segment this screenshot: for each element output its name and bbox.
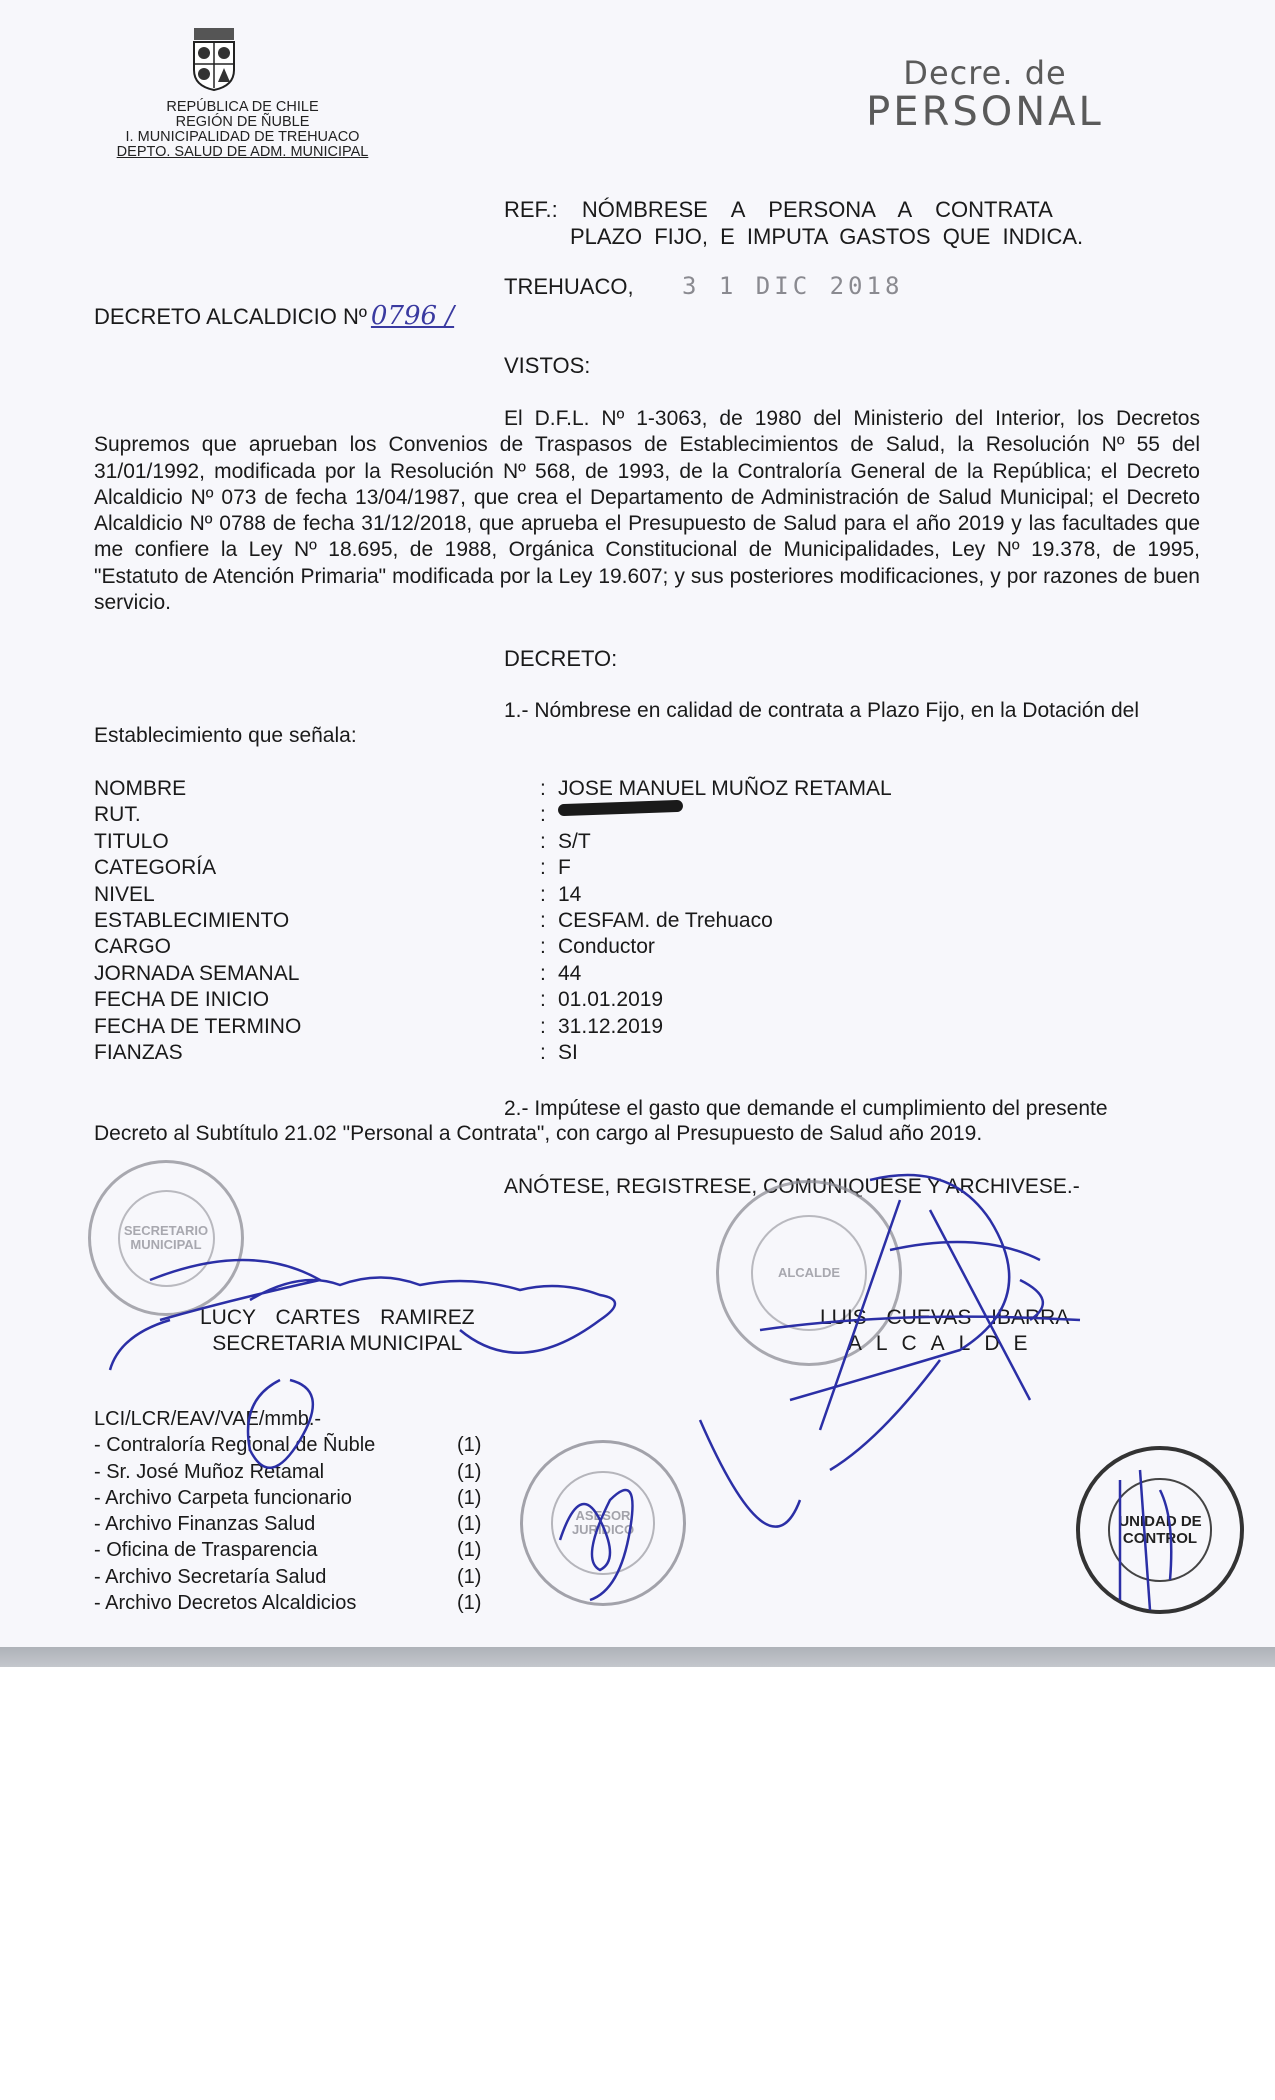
- field-value: F: [558, 855, 571, 881]
- field-row: ESTABLECIMIENTO:CESFAM. de Trehuaco: [94, 908, 994, 934]
- decree-type-line2: PERSONAL: [835, 90, 1135, 134]
- stamp-text: SECRETARIO MUNICIPAL: [120, 1224, 213, 1252]
- decreto-heading: DECRETO:: [504, 646, 617, 672]
- distribution-label: - Oficina de Trasparencia: [94, 1537, 457, 1563]
- reference-line1: REF.: NÓMBRESE A PERSONA A CONTRATA: [504, 196, 1083, 223]
- field-row: FECHA DE INICIO:01.01.2019: [94, 987, 994, 1013]
- distribution-copies: (1): [457, 1432, 481, 1458]
- field-row: NOMBRE:JOSE MANUEL MUÑOZ RETAMAL: [94, 776, 994, 802]
- date-stamp: 3 1 DIC 2018: [682, 272, 903, 300]
- appointment-fields: NOMBRE:JOSE MANUEL MUÑOZ RETAMAL RUT.: T…: [94, 776, 994, 1066]
- stamp-text: UNIDAD DE CONTROL: [1110, 1513, 1209, 1547]
- letterhead-line: I. MUNICIPALIDAD DE TREHUACO: [100, 130, 385, 145]
- signature-block-mayor: LUIS CUEVAS IBARRA ALCALDE: [820, 1305, 1069, 1357]
- distribution-item: - Contraloría Regional de Ñuble(1): [94, 1432, 481, 1458]
- distribution-label: - Sr. José Muñoz Retamal: [94, 1459, 457, 1485]
- signatory-role: ALCALDE: [820, 1331, 1069, 1357]
- asesor-juridico-stamp: ASESOR JURIDICO: [520, 1440, 686, 1606]
- field-value: 14: [558, 882, 581, 908]
- scan-bottom-edge: [0, 1647, 1275, 1667]
- decree-number-label: DECRETO ALCALDICIO Nº: [94, 304, 367, 329]
- field-label: ESTABLECIMIENTO: [94, 908, 540, 934]
- field-label: CARGO: [94, 934, 540, 960]
- distribution-item: - Oficina de Trasparencia(1): [94, 1537, 481, 1563]
- vistos-heading: VISTOS:: [504, 353, 590, 379]
- field-label: TITULO: [94, 829, 540, 855]
- stamp-text: ASESOR JURIDICO: [553, 1509, 652, 1537]
- distribution-item: - Archivo Carpeta funcionario(1): [94, 1485, 481, 1511]
- field-value: CESFAM. de Trehuaco: [558, 908, 773, 934]
- scanned-document-page: REPÚBLICA DE CHILE REGIÓN DE ÑUBLE I. MU…: [0, 0, 1275, 1660]
- field-value: JOSE MANUEL MUÑOZ RETAMAL: [558, 776, 892, 802]
- distribution-item: - Sr. José Muñoz Retamal(1): [94, 1459, 481, 1485]
- distribution-copies: (1): [457, 1564, 481, 1590]
- distribution-copies: (1): [457, 1485, 481, 1511]
- field-label: NOMBRE: [94, 776, 540, 802]
- signatory-name: LUCY CARTES RAMIREZ: [200, 1305, 475, 1331]
- decree-number-handwritten: 0796 /: [371, 301, 454, 331]
- field-row: CATEGORÍA:F: [94, 855, 994, 881]
- field-label: CATEGORÍA: [94, 855, 540, 881]
- place: TREHUACO,: [504, 274, 634, 300]
- item2-line2: Decreto al Subtítulo 21.02 "Personal a C…: [94, 1122, 982, 1146]
- signatory-role: SECRETARIA MUNICIPAL: [200, 1331, 475, 1357]
- reference: REF.: NÓMBRESE A PERSONA A CONTRATA PLAZ…: [504, 196, 1083, 250]
- item1-line2: Establecimiento que señala:: [94, 724, 357, 748]
- signatory-name: LUIS CUEVAS IBARRA: [820, 1305, 1069, 1331]
- field-value: SI: [558, 1040, 578, 1066]
- distribution-label: - Archivo Carpeta funcionario: [94, 1485, 457, 1511]
- decree-type-stamp: Decre. de PERSONAL: [835, 56, 1135, 134]
- field-label: RUT.: [94, 802, 540, 828]
- item1-line1: 1.- Nómbrese en calidad de contrata a Pl…: [504, 699, 1139, 723]
- decree-number: DECRETO ALCALDICIO Nº0796 /: [94, 301, 454, 331]
- reference-line2: PLAZO FIJO, E IMPUTA GASTOS QUE INDICA.: [504, 223, 1083, 250]
- distribution-item: - Archivo Secretaría Salud(1): [94, 1564, 481, 1590]
- distribution-copies: (1): [457, 1590, 481, 1616]
- field-row: FECHA DE TERMINO:31.12.2019: [94, 1014, 994, 1040]
- field-value: Conductor: [558, 934, 655, 960]
- distribution-item: - Archivo Decretos Alcaldicios(1): [94, 1590, 481, 1616]
- secretario-municipal-stamp: SECRETARIO MUNICIPAL: [88, 1160, 244, 1316]
- field-value: 01.01.2019: [558, 987, 663, 1013]
- distribution-copies: (1): [457, 1511, 481, 1537]
- field-label: NIVEL: [94, 882, 540, 908]
- field-label: FECHA DE TERMINO: [94, 1014, 540, 1040]
- field-row: RUT.:: [94, 802, 994, 828]
- field-value: S/T: [558, 829, 591, 855]
- distribution-label: - Contraloría Regional de Ñuble: [94, 1432, 457, 1458]
- field-row: TITULO:S/T: [94, 829, 994, 855]
- field-row: JORNADA SEMANAL:44: [94, 961, 994, 987]
- letterhead-line: REGIÓN DE ÑUBLE: [100, 115, 385, 130]
- letterhead: REPÚBLICA DE CHILE REGIÓN DE ÑUBLE I. MU…: [100, 100, 385, 160]
- distribution-list: LCI/LCR/EAV/VAE/mmb.- - Contraloría Regi…: [94, 1406, 481, 1616]
- field-value: 31.12.2019: [558, 1014, 663, 1040]
- municipal-coat-of-arms-icon: [188, 26, 240, 92]
- distribution-label: - Archivo Secretaría Salud: [94, 1564, 457, 1590]
- initials: LCI/LCR/EAV/VAE/mmb.-: [94, 1406, 481, 1432]
- distribution-label: - Archivo Decretos Alcaldicios: [94, 1590, 457, 1616]
- distribution-item: - Archivo Finanzas Salud(1): [94, 1511, 481, 1537]
- field-value: 44: [558, 961, 581, 987]
- field-label: JORNADA SEMANAL: [94, 961, 540, 987]
- field-label: FECHA DE INICIO: [94, 987, 540, 1013]
- field-label: FIANZAS: [94, 1040, 540, 1066]
- field-row: CARGO:Conductor: [94, 934, 994, 960]
- item2-line1: 2.- Impútese el gasto que demande el cum…: [504, 1097, 1108, 1121]
- redaction-mark: [558, 800, 683, 816]
- vistos-paragraph: El D.F.L. Nº 1-3063, de 1980 del Ministe…: [94, 406, 1200, 616]
- letterhead-line: DEPTO. SALUD DE ADM. MUNICIPAL: [100, 145, 385, 160]
- signature-block-secretary: LUCY CARTES RAMIREZ SECRETARIA MUNICIPAL: [200, 1305, 475, 1357]
- letterhead-line: REPÚBLICA DE CHILE: [100, 100, 385, 115]
- stamp-text: ALCALDE: [778, 1266, 840, 1280]
- unidad-de-control-stamp: UNIDAD DE CONTROL: [1076, 1446, 1244, 1614]
- decree-type-line1: Decre. de: [835, 56, 1135, 90]
- distribution-copies: (1): [457, 1459, 481, 1485]
- field-row: NIVEL:14: [94, 882, 994, 908]
- distribution-label: - Archivo Finanzas Salud: [94, 1511, 457, 1537]
- distribution-copies: (1): [457, 1537, 481, 1563]
- field-row: FIANZAS:SI: [94, 1040, 994, 1066]
